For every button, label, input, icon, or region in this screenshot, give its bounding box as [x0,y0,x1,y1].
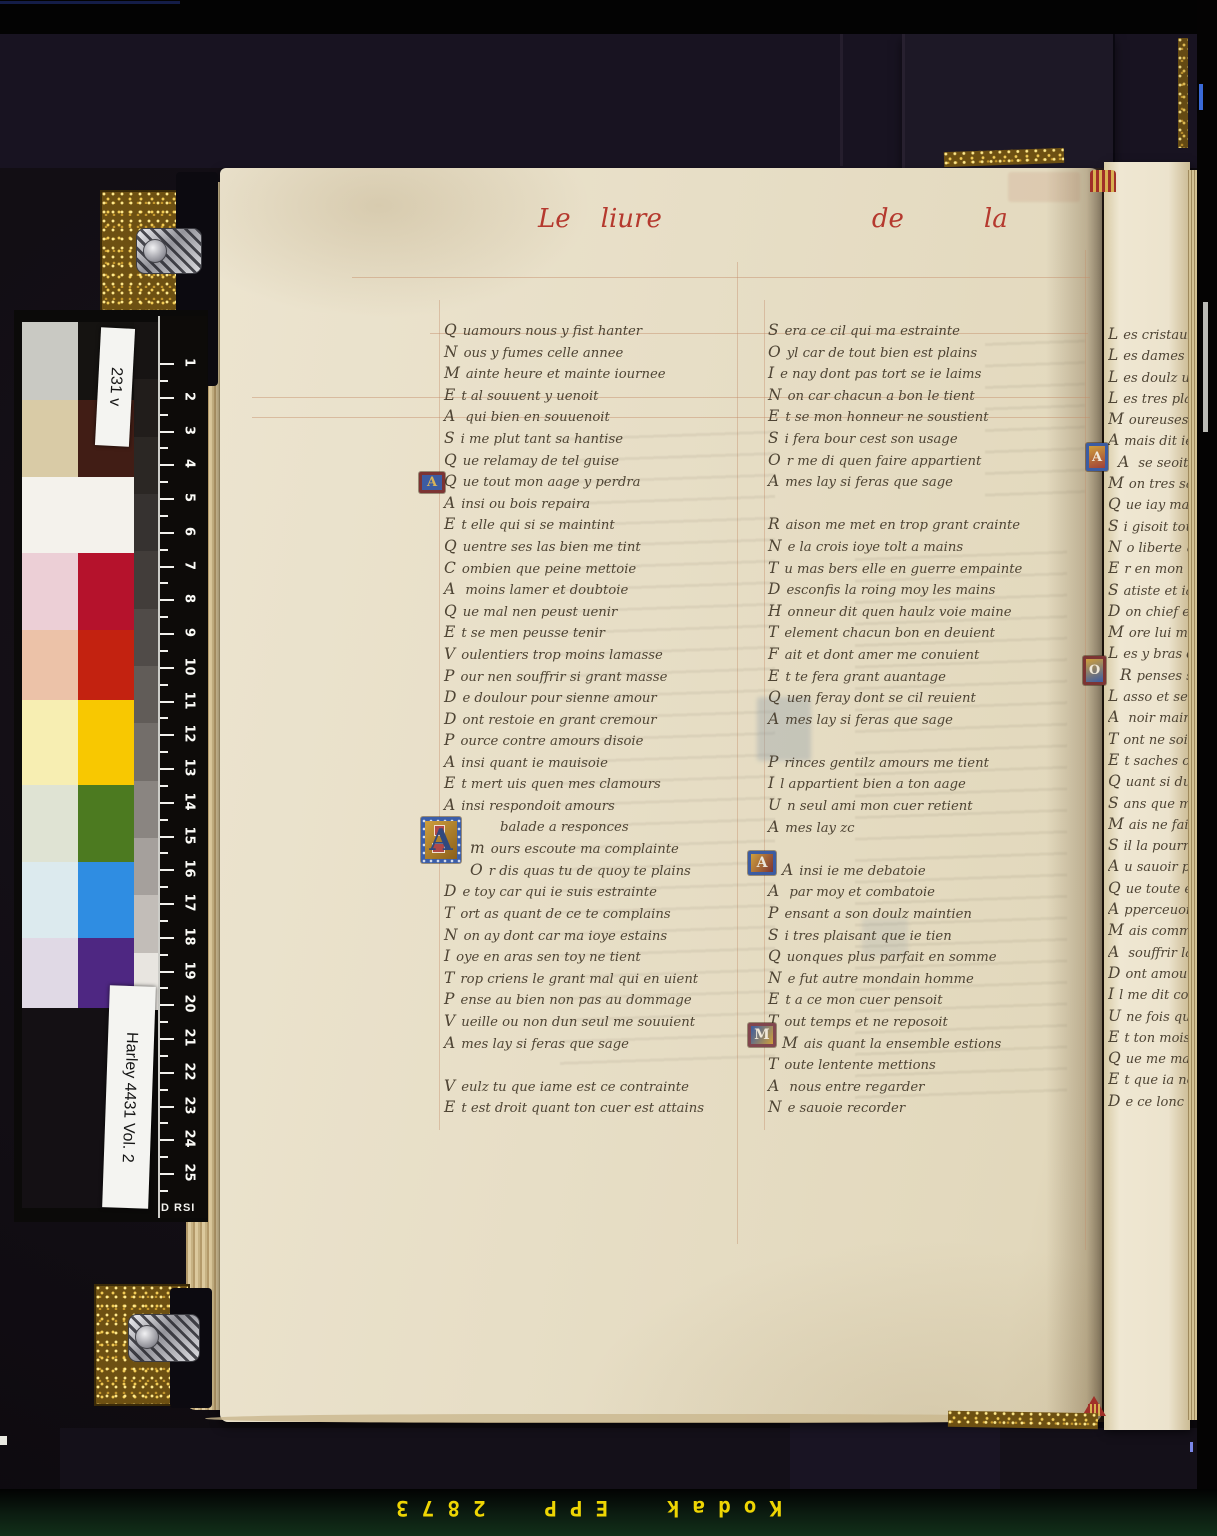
ruler-tick [160,1004,174,1006]
verse-line: Et que ia ne sto [1108,1069,1188,1090]
rubric-word: liure [601,204,662,234]
verse-line: Apperceuoir le [1108,899,1188,920]
ruler-number: 18 [182,925,197,947]
verse-line: Tout temps et ne reposoit [768,1011,1090,1033]
ruler-tick [160,363,174,365]
shelfmark-sticker: Harley 4431 Vol. 2 [102,985,156,1208]
color-patch [22,400,78,477]
verse-line: Pense au bien non pas au dommage [444,989,766,1011]
verse-line: Mais ne faillo [1108,814,1188,835]
verse-line: Ie nay dont pas tort se ie laims [768,363,1090,385]
film-edge-mark [1203,302,1208,432]
ruler-number: 24 [182,1128,197,1150]
grayscale-step-wedge [134,322,158,1010]
verse-line: Ames lay si feras que sage [768,709,1090,731]
ruler-number: 8 [182,588,197,610]
verse-line: Or dis quas tu de quoy te plains [444,860,766,882]
verse-line: Ainsi ou bois repaira [444,493,766,515]
verse-line: Amais dit ie [1108,430,1188,451]
ruler-tick-minor [160,380,168,382]
ruler-number: 16 [182,858,197,880]
ruler-number: 21 [182,1027,197,1049]
wedge-step [134,494,158,551]
verse-line: Et se men peusse tenir [444,622,766,644]
verse-line: Ainsi respondoit amours [444,795,766,817]
verse-line: De toy car qui ie suis estrainte [444,881,766,903]
color-patch [78,700,134,785]
verse-line: Telement chacun bon en deuient [768,622,1090,644]
verse-line: Dont amours le [1108,963,1188,984]
verse-line: Fait et dont amer me conuient [768,644,1090,666]
verse-line: Quentre ses las bien me tint [444,536,766,558]
wedge-step [134,838,158,895]
ruler-number: 15 [182,824,197,846]
verse-line: Dont restoie en grant cremour [444,709,766,731]
ruler-number: 22 [182,1060,197,1082]
ruler-tick [160,1106,174,1108]
verse-line: Si tres plaisant que ie tien [768,925,1090,947]
illuminated-initial-small: O [1083,656,1106,685]
verse-line [768,493,1090,515]
ruler-tick [160,734,174,736]
verse-line: Et mert uis quen mes clamours [444,773,766,795]
ruler-tick [160,498,174,500]
ruler-tick-minor [160,1190,168,1192]
verse-line: Et saches certa [1108,750,1188,771]
ruler-tick-minor [160,1055,168,1057]
film-frame-top [0,0,1217,34]
ruler-tick-minor [160,819,168,821]
ruler-tick [160,903,174,905]
verse-line: Quonques plus parfait en somme [768,946,1090,968]
verse-line: Et elle qui si se maintint [444,514,766,536]
page-edge-stack-right [1188,170,1197,1420]
ruler-number: 7 [182,554,197,576]
ruler-tick [160,768,174,770]
ruler-tick [160,1173,174,1175]
verse-line: Princes gentilz amours me tient [768,752,1090,774]
patch-row [22,700,134,785]
verse-line: Raison me met en trop grant crainte [768,514,1090,536]
ruler-tick-minor [160,616,168,618]
verse-line: Satiste et ia pl [1108,580,1188,601]
facing-page-text-column: Les cristaux lesLes dames et laLes doulz… [1108,324,1188,1112]
verse-line: Que tout mon aage y perdra [444,471,766,493]
verse-line: Que iay maint [1108,494,1188,515]
illuminated-initial-small: M [748,1023,776,1047]
verse-line: Quamours nous y fist hanter [444,320,766,342]
verse-line: Combien que peine mettoie [444,558,766,580]
verse-line: mours escoute ma complainte [444,838,766,860]
verse-line: Sans que man [1108,793,1188,814]
ruler-tick-minor [160,1122,168,1124]
ruler-number: 17 [182,892,197,914]
color-patch [78,862,134,938]
verse-line [768,730,1090,752]
ruler-tick-minor [160,920,168,922]
verse-line: Les cristaux les [1108,324,1188,345]
color-patch [22,477,134,553]
verse-line: Et a ce mon cuer pensoit [768,989,1090,1011]
ruler-tick [160,836,174,838]
ruler-tick-minor [160,582,168,584]
verse-line: Toute lentente mettions [768,1054,1090,1076]
verse-line: Ames lay si feras que sage [444,1033,766,1055]
illuminated-initial-small: A [1086,443,1108,471]
wedge-step [134,551,158,608]
ruler-tick-minor [160,549,168,551]
verse-line: Au sauoir po [1108,856,1188,877]
patch-row [22,862,134,938]
verse-line: A moins lamer et doubtoie [444,579,766,601]
color-patch [22,785,78,862]
wedge-step [134,379,158,436]
verse-line: Nous y fumes celle annee [444,342,766,364]
ruler-tick-minor [160,414,168,416]
ruler-tick-minor [160,481,168,483]
verse-line: Si me plut tant sa hantise [444,428,766,450]
ruler-number: 10 [182,655,197,677]
verse-line: Que mal nen peust uenir [444,601,766,623]
verse-line: Non car chacun a bon le tient [768,385,1090,407]
ruler-number: 3 [182,419,197,441]
felt-seam [840,34,843,166]
initial-letter: M [748,1023,776,1047]
ruler-tick [160,599,174,601]
verse-line: Que me mamoit d [1108,1048,1188,1069]
patch-row [22,477,134,553]
verse-line: Don chief et ao [1108,601,1188,622]
ruler-number: 4 [182,453,197,475]
ruler-tick-minor [160,1089,168,1091]
verse-line: Or me di quen faire appartient [768,450,1090,472]
wedge-step [134,781,158,838]
text-column-1: Quamours nous y fist hanterNous y fumes … [444,320,766,1119]
initial-letter: O [1083,656,1106,685]
color-patch [78,785,134,862]
verse-line: Il me dit com [1108,984,1188,1005]
page-clip-bottom [128,1314,200,1362]
ruler-tick [160,701,174,703]
ruler-tick [160,971,174,973]
ruler-number: 25 [182,1162,197,1184]
wedge-step [134,723,158,780]
film-stock-label: Kodak EPP 2873 [383,1496,782,1520]
ruler-number: 12 [182,723,197,745]
verse-line: Sera ce cil qui ma estrainte [768,320,1090,342]
initial-letter: A [1086,443,1108,471]
gold-page-edge-bottom [948,1411,1098,1430]
verse-line: A se seoit coste [1108,452,1188,473]
verse-line: A par moy et combatoie [768,881,1090,903]
wedge-step [134,666,158,723]
ruler-tick-minor [160,751,168,753]
ruler-number: 6 [182,520,197,542]
ruler-footer-label: D RSI [161,1202,195,1214]
verse-line: Ioye en aras sen toy ne tient [444,946,766,968]
color-patch [78,553,134,630]
ruler-tick-minor [160,1156,168,1158]
ruler-number: 1 [182,352,197,374]
photo-stage: 1234567891011121314151617181920212223242… [0,0,1217,1536]
gold-page-edge-right [1178,38,1188,148]
verse-line: Ames lay zc [768,817,1090,839]
ruler-number: 13 [182,757,197,779]
verse-line: Er en mon gro [1108,558,1188,579]
ruler-tick [160,937,174,939]
rubric-word: de [872,204,904,234]
rubric-title: Le liure de la [538,204,1008,234]
verse-line: Ne sauoie recorder [768,1097,1090,1119]
rubric-word: Le [538,204,571,234]
verse-line: Quen feray dont se cil reuient [768,687,1090,709]
verse-line: Veulz tu que iame est ce contrainte [444,1076,766,1098]
color-patch [22,700,78,785]
initial-letter: A [421,817,461,863]
ruler-tick [160,667,174,669]
ruler-tick [160,566,174,568]
verse-line: Vueille ou non dun seul me souuient [444,1011,766,1033]
ruler-tick [160,1139,174,1141]
ruler-tick [160,431,174,433]
verse-line: Les dames et la [1108,345,1188,366]
color-patch [22,938,78,1008]
verse-line: Ainsi quant ie mauisoie [444,752,766,774]
illuminated-initial-small: A [419,472,445,493]
ruler-tick [160,869,174,871]
verse-line: Sil la pourro [1108,835,1188,856]
wedge-step [134,609,158,666]
ruler-tick-minor [160,717,168,719]
ruler-number: 14 [182,790,197,812]
verse-line: Ames lay si feras que sage [768,471,1090,493]
verse-line [444,1054,766,1076]
verse-line: Les tres plaisa [1108,388,1188,409]
ruler-number: 2 [182,385,197,407]
ruler-tick-minor [160,447,168,449]
ruler-tick [160,532,174,534]
verse-line: Mais quant la ensemble estions [768,1033,1090,1055]
color-patch [22,553,78,630]
verse-line: Mon tres sauou [1108,473,1188,494]
verse-line: No liberte qui [1108,537,1188,558]
verse-line: Ainsi ie me debatoie [768,860,1090,882]
ruler-tick-minor [160,852,168,854]
verse-line: Que toute ent [1108,878,1188,899]
verse-line: Tont ne soit cr [1108,729,1188,750]
verse-line: Que relamay de tel guise [444,450,766,472]
ruler-scale: 1234567891011121314151617181920212223242… [158,316,207,1218]
ruler-number: 9 [182,622,197,644]
ruler-tick-minor [160,1021,168,1023]
film-edge-mark [1190,1442,1193,1452]
verse-line: Et ton mois de [1108,1027,1188,1048]
verse-line: Mais comme so [1108,920,1188,941]
verse-line: Honneur dit quen haulz voie maine [768,601,1090,623]
verse-line [768,838,1090,860]
ruler-tick [160,1072,174,1074]
ruler-number: 19 [182,959,197,981]
ruler-tick-minor [160,785,168,787]
patch-row [22,553,134,630]
verse-line: Quant si dura [1108,771,1188,792]
verse-line: Pource contre amours disoie [444,730,766,752]
wedge-step [134,322,158,379]
ruler-number: 5 [182,487,197,509]
illuminated-initial-small: A [748,851,776,875]
ruler-tick-minor [160,954,168,956]
ruler-number: 11 [182,689,197,711]
initial-letter: A [419,472,445,493]
verse-line: Les doulz uis [1108,367,1188,388]
verse-line: Les y bras do [1108,643,1188,664]
ballade-heading: balade a responces [444,817,766,839]
felt-band-bottom [60,1428,1200,1494]
ruler-tick-minor [160,987,168,989]
wedge-step [134,895,158,952]
film-edge-tint [0,1,180,4]
color-patch [78,630,134,700]
verse-line: De doulour pour sienne amour [444,687,766,709]
wedge-step [134,437,158,494]
verse-line: Il appartient bien a ton aage [768,773,1090,795]
book-strap-bottom [790,1418,1000,1492]
verse-line: A noir maint d [1108,707,1188,728]
verse-line: Et se mon honneur ne soustient [768,406,1090,428]
endband-top [1090,170,1116,192]
folio-number-sticker: 231 v [95,327,135,447]
verse-line: Trop criens le grant mal qui en uient [444,968,766,990]
verse-line: Lasso et sel y [1108,686,1188,707]
ruler-number: 20 [182,993,197,1015]
film-edge-mark [1199,84,1203,110]
film-edge-mark [0,1436,7,1445]
verse-line: Et est droit quant ton cuer est attains [444,1097,766,1119]
illuminated-initial-large: A [421,817,461,863]
ruler-tick-minor [160,886,168,888]
ruler-tick [160,397,174,399]
color-patch [22,322,78,400]
clip-screw-icon [143,239,167,263]
text-column-2: Sera ce cil qui ma estrainteOyl car de t… [768,320,1090,1119]
verse-line: Rpenses se la [1108,665,1188,686]
verse-line: Pensant a son doulz maintien [768,903,1090,925]
verse-line: Tu mas bers elle en guerre empainte [768,558,1090,580]
ruler-tick [160,464,174,466]
verse-line: Un seul ami mon cuer retient [768,795,1090,817]
verse-line: A qui bien en souuenoit [444,406,766,428]
ruler-number: 23 [182,1094,197,1116]
patch-row [22,785,134,862]
ruling-line [352,277,1090,278]
verse-line: Pour nen souffrir si grant masse [444,666,766,688]
verse-line: Mainte heure et mainte iournee [444,363,766,385]
verse-line: Et al souuent y uenoit [444,385,766,407]
verse-line: Et te fera grant auantage [768,666,1090,688]
rubric-word: la [984,204,1008,234]
verse-line: Ne fut autre mondain homme [768,968,1090,990]
color-patch [22,630,78,700]
show-through-rubric-ghost [1008,172,1080,202]
verse-line: A souffrir la gr [1108,942,1188,963]
verse-line: Une fois que be [1108,1006,1188,1027]
film-frame-right [1197,0,1217,1536]
ruler-tick [160,802,174,804]
initial-letter: A [748,851,776,875]
page-clip-top [136,228,202,274]
verse-line: Non ay dont car ma ioye estains [444,925,766,947]
verse-line: Ne la crois ioye tolt a mains [768,536,1090,558]
verse-line: A nous entre regarder [768,1076,1090,1098]
verse-line: De ce lonc som [1108,1091,1188,1112]
verse-line: Voulentiers trop moins lamasse [444,644,766,666]
verse-line: Si gisoit tout [1108,516,1188,537]
ruler-tick [160,633,174,635]
verse-line: Oyl car de tout bien est plains [768,342,1090,364]
clip-screw-icon [135,1325,159,1349]
color-patch [22,862,78,938]
verse-line: Moureuses ti [1108,409,1188,430]
verse-line: Tort as quant de ce te complains [444,903,766,925]
verse-line: More lui mett [1108,622,1188,643]
ruler-tick [160,1038,174,1040]
verse-line: Si fera bour cest son usage [768,428,1090,450]
ruler-tick-minor [160,650,168,652]
patch-row [22,630,134,700]
ruler-tick-minor [160,515,168,517]
ruler-tick-minor [160,684,168,686]
verse-line: Desconfis la roing moy les mains [768,579,1090,601]
ruling-line [439,300,440,1130]
